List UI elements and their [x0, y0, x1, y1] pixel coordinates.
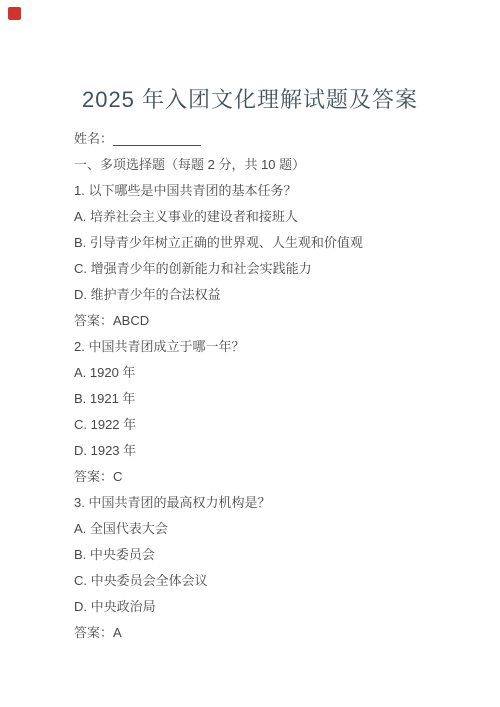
question-option: B. 中央委员会 [74, 542, 470, 568]
question-option: C. 1922 年 [74, 412, 470, 438]
document-body: 姓名： 一、多项选择题（每题 2 分，共 10 题） 1. 以下哪些是中国共青团… [74, 126, 470, 646]
name-field-label: 姓名： [74, 131, 113, 146]
question-option: A. 培养社会主义事业的建设者和接班人 [74, 204, 470, 230]
name-field-row: 姓名： [74, 126, 470, 152]
answer-text: 答案：A [74, 620, 470, 646]
question-text: 3. 中国共青团的最高权力机构是？ [74, 490, 470, 516]
question-option: D. 中央政治局 [74, 594, 470, 620]
document-page: 2025 年入团文化理解试题及答案 姓名： 一、多项选择题（每题 2 分，共 1… [0, 0, 500, 707]
red-square-marker-icon [8, 7, 21, 20]
question-option: B. 1921 年 [74, 386, 470, 412]
question-text: 2. 中国共青团成立于哪一年？ [74, 334, 470, 360]
document-title: 2025 年入团文化理解试题及答案 [0, 83, 500, 114]
question-option: D. 维护青少年的合法权益 [74, 282, 470, 308]
question-option: C. 增强青少年的创新能力和社会实践能力 [74, 256, 470, 282]
question-option: C. 中央委员会全体会议 [74, 568, 470, 594]
question-option: B. 引导青少年树立正确的世界观、人生观和价值观 [74, 230, 470, 256]
section-heading: 一、多项选择题（每题 2 分，共 10 题） [74, 152, 470, 178]
question-option: A. 全国代表大会 [74, 516, 470, 542]
question-text: 1. 以下哪些是中国共青团的基本任务？ [74, 178, 470, 204]
answer-text: 答案：C [74, 464, 470, 490]
name-blank-underline [113, 134, 201, 146]
question-option: D. 1923 年 [74, 438, 470, 464]
answer-text: 答案：ABCD [74, 308, 470, 334]
question-option: A. 1920 年 [74, 360, 470, 386]
